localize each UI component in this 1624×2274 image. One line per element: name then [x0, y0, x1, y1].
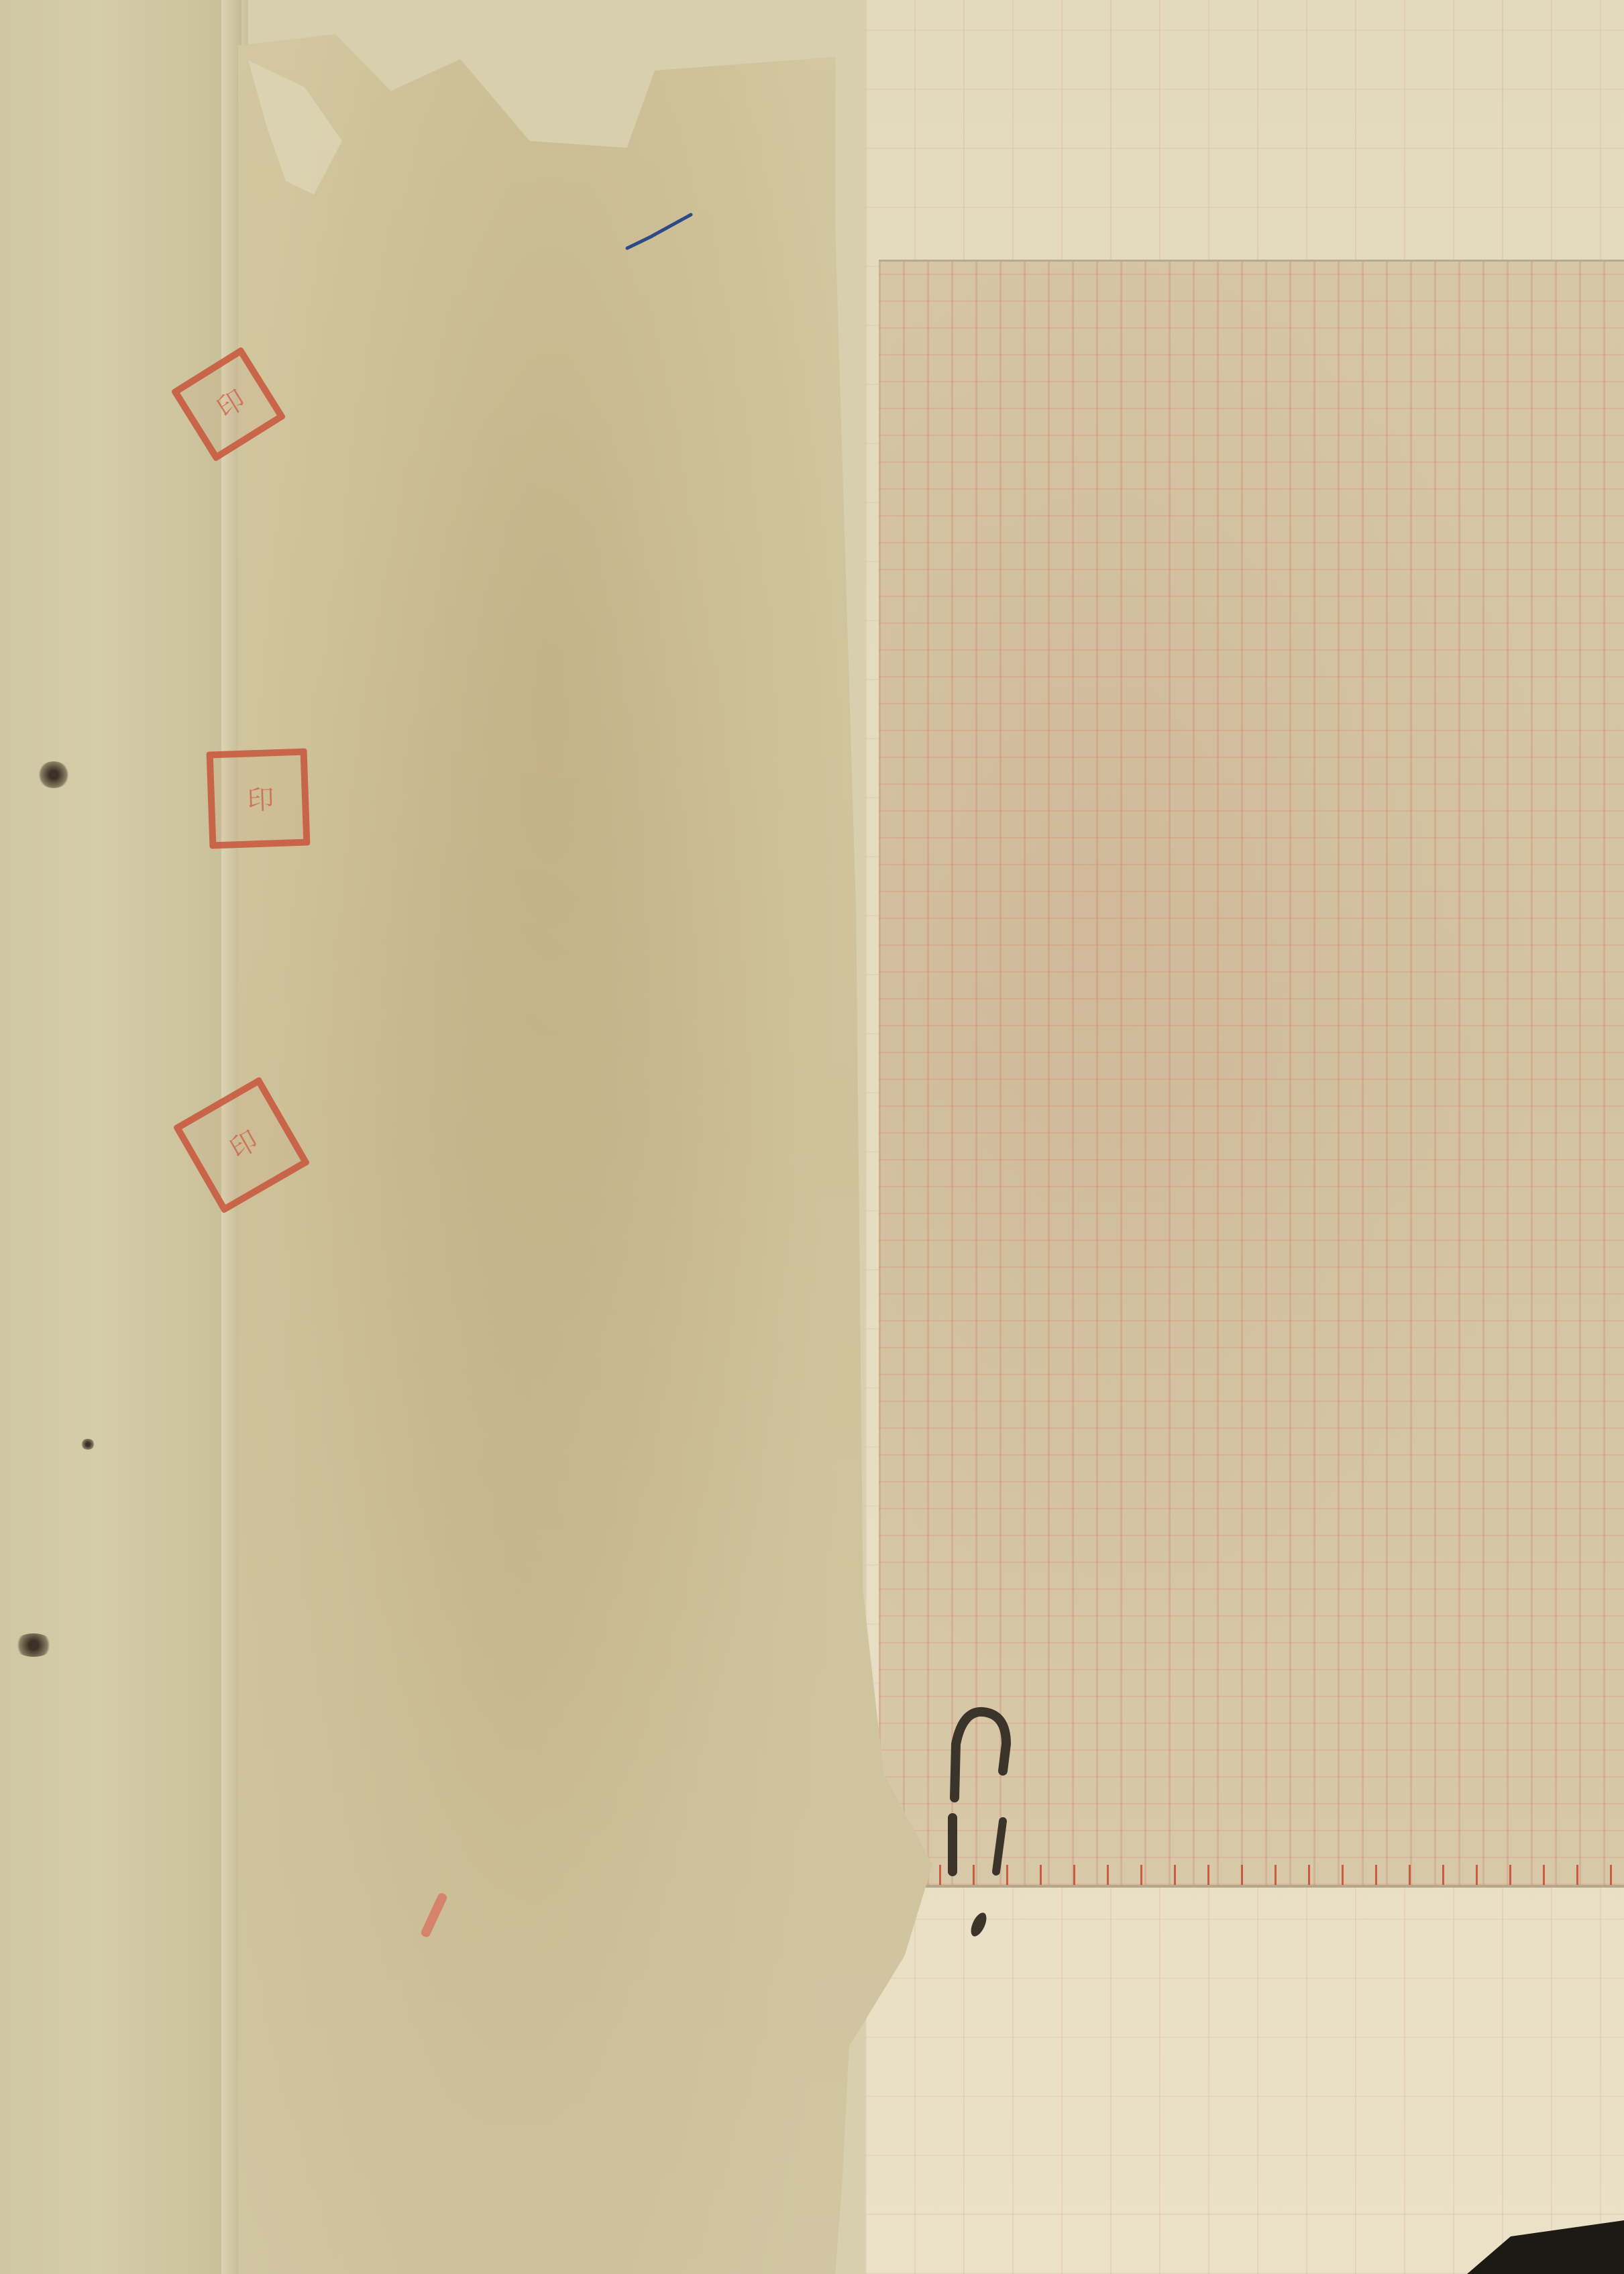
binding-hole-icon: [80, 1439, 95, 1450]
red-grid-sheet: [879, 260, 1624, 1888]
ink-clip-mark-icon: [936, 1704, 1023, 1885]
scanned-document: 印 印 印 scanned archival document cover ha…: [0, 0, 1624, 2274]
seal-glyph: 印: [210, 386, 247, 423]
seal-stamp-2: 印: [207, 748, 311, 849]
binding-hole-icon: [13, 1633, 54, 1657]
torn-cover-sheet: [238, 0, 932, 2274]
binding-hole-icon: [37, 761, 70, 788]
blue-pen-stroke-icon: [624, 211, 698, 252]
seal-glyph: 印: [223, 1127, 260, 1164]
seal-glyph: 印: [244, 785, 272, 812]
